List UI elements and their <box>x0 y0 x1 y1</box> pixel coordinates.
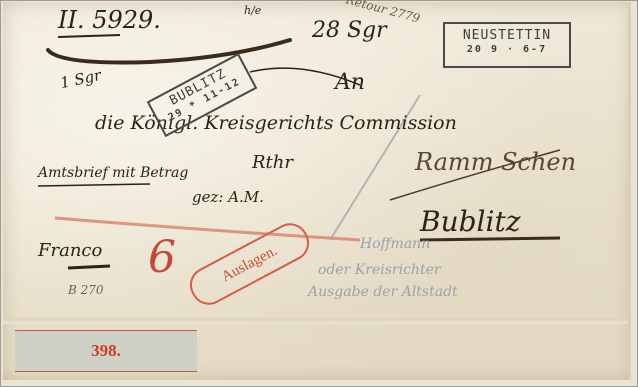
postmark-date: 20 9 · 6-7 <box>445 44 569 56</box>
address-destination: Bublitz <box>420 205 520 238</box>
postmark-neustettin: NEUSTETTIN 20 9 · 6-7 <box>443 22 571 68</box>
pencil-note-1: Hoffmann <box>360 236 430 252</box>
registry-suffix: h/e <box>244 4 261 17</box>
registry-number: II. 5929. <box>58 6 161 34</box>
postmark-town: NEUSTETTIN <box>445 28 569 44</box>
left-note-3: gez: A.M. <box>192 188 264 206</box>
address-recipient: Ramm Schen <box>415 148 576 176</box>
address-line-main: die Königl. Kreisgerichts Commission <box>95 112 457 134</box>
pencil-note-3: Ausgabe der Altstadt <box>308 284 458 300</box>
docket-label: 398. <box>15 330 197 372</box>
pencil-note-2: oder Kreisrichter <box>318 262 441 278</box>
salutation: An <box>335 70 365 95</box>
left-note-2: Rthr <box>252 152 293 173</box>
left-note-1: Amtsbrief mit Betrag <box>38 165 188 181</box>
note-top-middle: 28 Sgr <box>312 18 387 43</box>
bottom-left-note: B 270 <box>68 283 104 297</box>
red-numeral: 6 <box>148 232 176 283</box>
docket-number: 398. <box>91 341 121 361</box>
franco-note: Franco <box>38 240 102 261</box>
